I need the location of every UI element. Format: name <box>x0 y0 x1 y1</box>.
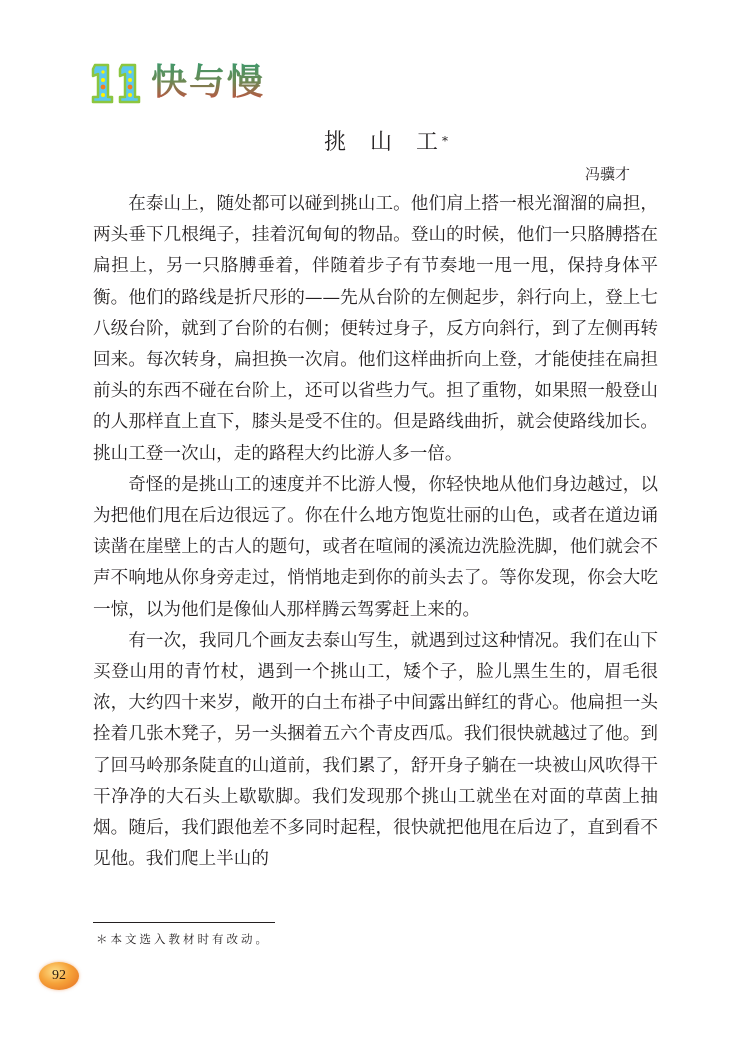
article-body: 在泰山上，随处都可以碰到挑山工。他们肩上搭一根光溜溜的扁担，两头垂下几根绳子，挂… <box>93 189 658 875</box>
page-number-badge: 92 <box>39 962 79 990</box>
lesson-header: 快与慢 <box>90 60 265 106</box>
paragraph: 有一次，我同几个画友去泰山写生，就遇到过这种情况。我们在山下买登山用的青竹杖，遇… <box>93 626 658 876</box>
article-title-text: 挑山工 <box>300 130 462 155</box>
footnote-divider <box>93 922 275 923</box>
paragraph: 奇怪的是挑山工的速度并不比游人慢，你轻快地从他们身边越过，以为把他们甩在后边很远… <box>93 470 658 626</box>
lesson-number-badge <box>90 62 141 104</box>
footnote-marker: * <box>442 134 448 148</box>
digit-one-icon <box>90 62 114 104</box>
digit-one-icon <box>117 62 141 104</box>
author: 冯骥才 <box>585 163 630 185</box>
footnote: ＊本文选入教材时有改动。 <box>96 930 270 948</box>
page-number: 92 <box>52 968 66 984</box>
article-title: 挑山工* <box>0 128 748 158</box>
lesson-title: 快与慢 <box>151 60 265 106</box>
paragraph: 在泰山上，随处都可以碰到挑山工。他们肩上搭一根光溜溜的扁担，两头垂下几根绳子，挂… <box>93 189 658 470</box>
